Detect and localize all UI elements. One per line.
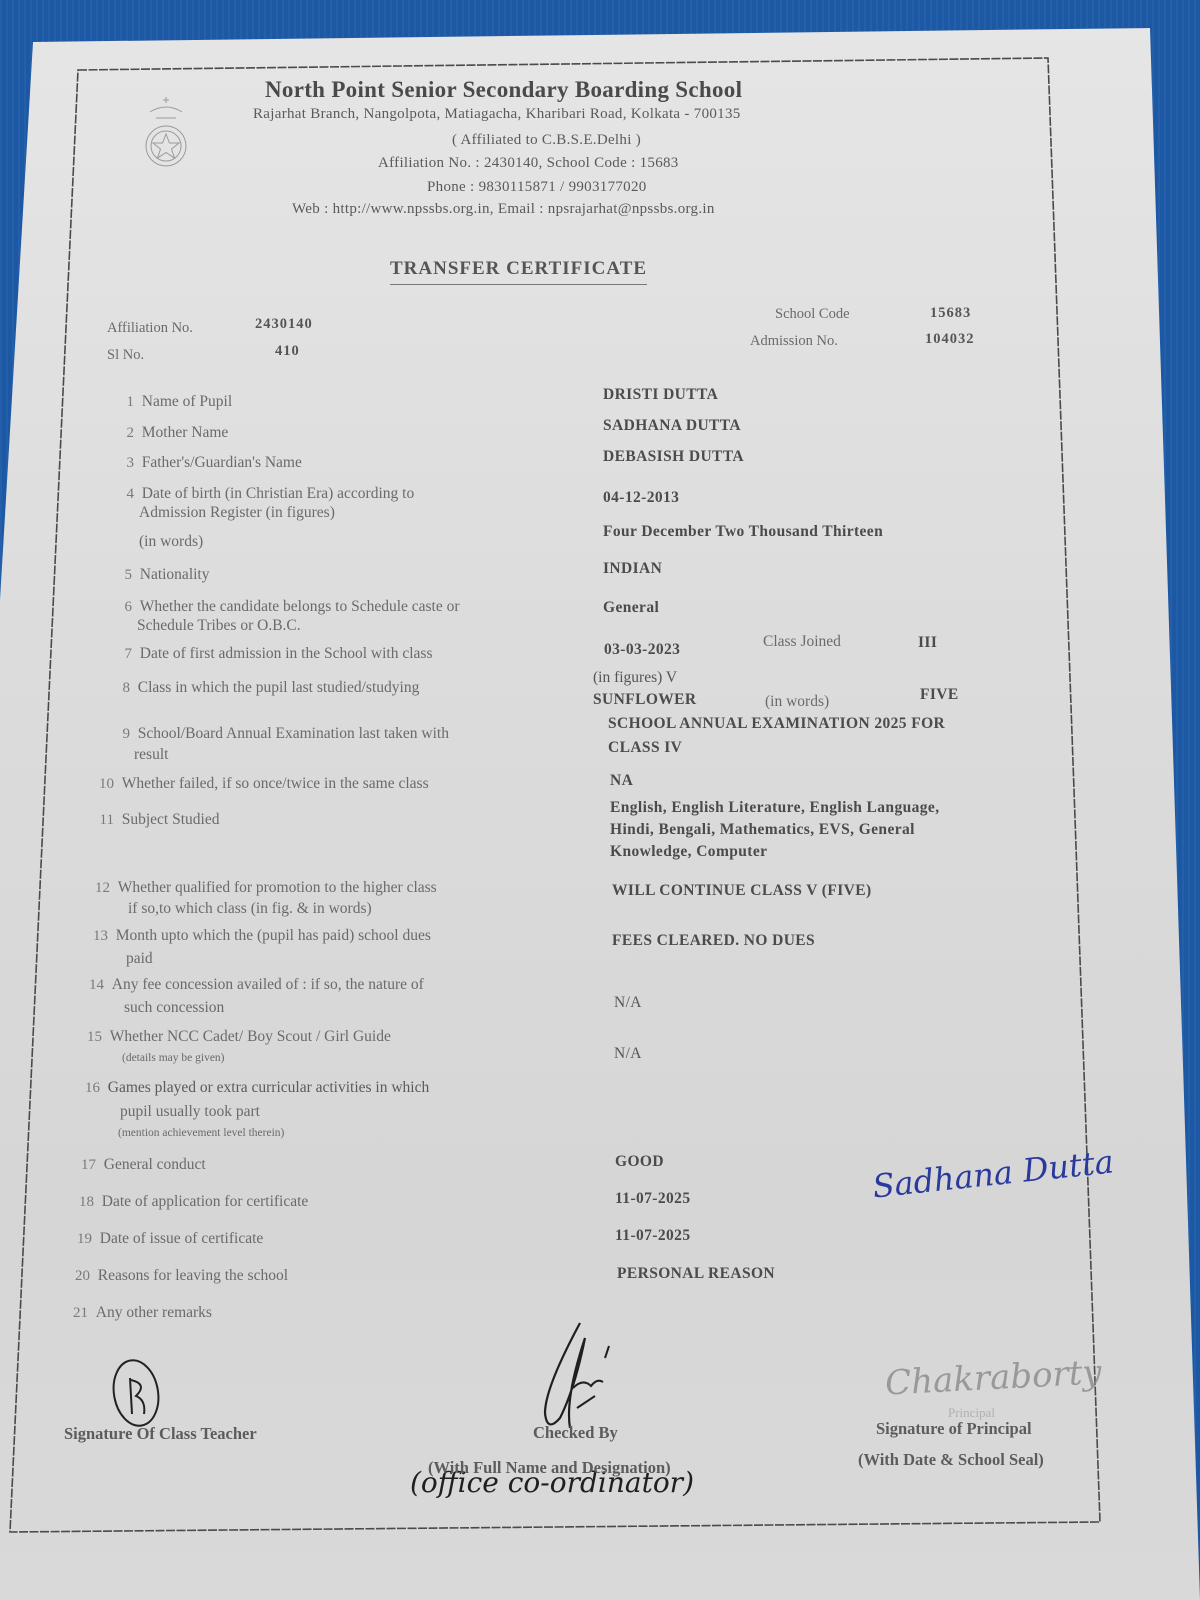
school-crest-star-icon [136, 94, 196, 172]
row-14-label-2: such concession [124, 998, 224, 1018]
row-4-label: 4 Date of birth (in Christian Era) accor… [112, 484, 414, 504]
mother-name: SADHANA DUTTA [603, 415, 741, 437]
dues-status: FEES CLEARED. NO DUES [612, 930, 815, 952]
checked-by-label: Checked By [533, 1423, 618, 1443]
first-admission-date: 03-03-2023 [604, 639, 680, 661]
last-exam: SCHOOL ANNUAL EXAMINATION 2025 FOR [608, 713, 945, 735]
row-6-label-2: Schedule Tribes or O.B.C. [137, 616, 301, 636]
row-4-label-3: (in words) [139, 532, 203, 552]
subjects-1: English, English Literature, English Lan… [610, 797, 939, 819]
row-14-label: 14 Any fee concession availed of : if so… [82, 975, 424, 995]
row-7-label: 7 Date of first admission in the School … [110, 644, 433, 664]
row-15-label: 15 Whether NCC Cadet/ Boy Scout / Girl G… [80, 1027, 391, 1047]
row-9-label: 9 School/Board Annual Examination last t… [108, 724, 449, 744]
row-1-label: 1 Name of Pupil [112, 392, 232, 412]
father-name: DEBASISH DUTTA [603, 446, 744, 468]
row-3-label: 3 Father's/Guardian's Name [112, 453, 302, 473]
sl-no-value: 410 [275, 343, 300, 360]
subjects-3: Knowledge, Computer [610, 841, 767, 863]
row-2-label: 2 Mother Name [112, 423, 228, 443]
school-web-email: Web : http://www.npssbs.org.in, Email : … [292, 201, 715, 218]
class-teacher-label: Signature Of Class Teacher [64, 1424, 257, 1444]
school-affiliation-codes: Affiliation No. : 2430140, School Code :… [378, 155, 679, 172]
row-9-label-2: result [134, 745, 168, 765]
row-20-label: 20 Reasons for leaving the school [68, 1266, 288, 1286]
leaving-reason: PERSONAL REASON [617, 1263, 775, 1285]
failed-status: NA [610, 770, 633, 792]
admission-no-value: 104032 [925, 331, 975, 348]
row-19-label: 19 Date of issue of certificate [70, 1229, 263, 1249]
class-words-value: FIVE [920, 684, 959, 706]
caste-category: General [603, 597, 659, 619]
date-of-birth-words: Four December Two Thousand Thirteen [603, 521, 883, 543]
row-16-label-2: pupil usually took part [120, 1102, 260, 1122]
row-16-label: 16 Games played or extra curricular acti… [78, 1078, 429, 1098]
row-10-label: 10 Whether failed, if so once/twice in t… [92, 774, 429, 794]
pupil-name: DRISTI DUTTA [603, 384, 718, 406]
last-exam-2: CLASS IV [608, 737, 682, 759]
class-figures: (in figures) V [593, 668, 677, 688]
issue-date: 11-07-2025 [615, 1225, 690, 1247]
row-13-label-2: paid [126, 949, 153, 969]
class-teacher-signature [106, 1356, 166, 1430]
class-section: SUNFLOWER [593, 689, 697, 711]
ncc-scout: N/A [614, 1043, 642, 1065]
school-code-value: 15683 [930, 305, 971, 322]
row-17-label: 17 General conduct [74, 1155, 206, 1175]
principal-label: Signature of Principal [876, 1419, 1032, 1439]
sl-no-label: Sl No. [107, 347, 144, 364]
row-4-label-2: Admission Register (in figures) [139, 503, 335, 523]
row-12-label: 12 Whether qualified for promotion to th… [88, 878, 437, 898]
general-conduct: GOOD [615, 1151, 664, 1173]
row-11-label: 11 Subject Studied [92, 810, 219, 830]
row-21-label: 21 Any other remarks [66, 1303, 212, 1323]
affiliation-label: Affiliation No. [107, 320, 193, 337]
affiliation-value: 2430140 [255, 316, 313, 333]
row-15-label-2: (details may be given) [122, 1047, 225, 1068]
row-5-label: 5 Nationality [110, 565, 210, 585]
row-18-label: 18 Date of application for certificate [72, 1192, 308, 1212]
school-code-label: School Code [775, 306, 850, 323]
principal-sub: (With Date & School Seal) [858, 1450, 1044, 1470]
date-of-birth: 04-12-2013 [603, 487, 679, 509]
school-address: Rajarhat Branch, Nangolpota, Matiagacha,… [253, 106, 741, 123]
row-16-label-3: (mention achievement level therein) [118, 1122, 284, 1143]
admission-no-label: Admission No. [750, 333, 838, 350]
nationality: INDIAN [603, 558, 662, 580]
school-name: North Point Senior Secondary Boarding Sc… [265, 77, 742, 103]
fee-concession: N/A [614, 992, 642, 1014]
row-12-label-2: if so,to which class (in fig. & in words… [128, 899, 372, 919]
class-words-label: (in words) [765, 692, 829, 712]
application-date: 11-07-2025 [615, 1188, 690, 1210]
class-joined-value: III [918, 632, 937, 654]
checked-by-sub: (With Full Name and Designation) [428, 1458, 671, 1478]
checker-signature [525, 1318, 635, 1438]
row-13-label: 13 Month upto which the (pupil has paid)… [86, 926, 431, 946]
row-6-label: 6 Whether the candidate belongs to Sched… [110, 597, 460, 617]
school-phone: Phone : 9830115871 / 9903177020 [427, 179, 647, 196]
school-affiliation-board: ( Affiliated to C.B.S.E.Delhi ) [452, 132, 641, 149]
class-joined-label: Class Joined [763, 632, 841, 652]
document-title: TRANSFER CERTIFICATE [390, 258, 647, 285]
row-8-label: 8 Class in which the pupil last studied/… [108, 678, 419, 698]
subjects-2: Hindi, Bengali, Mathematics, EVS, Genera… [610, 819, 915, 841]
promotion-status: WILL CONTINUE CLASS V (FIVE) [612, 880, 872, 902]
